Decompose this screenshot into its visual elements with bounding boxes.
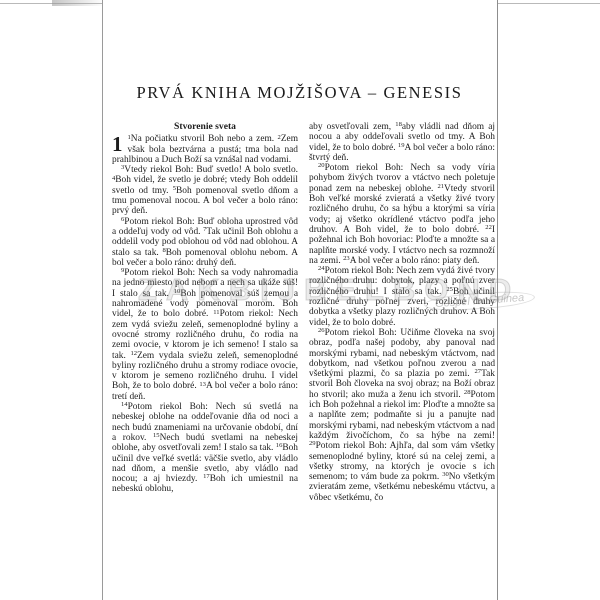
- verse-number: 30: [442, 471, 449, 478]
- chapter-number: 1: [112, 135, 123, 153]
- verse-paragraph: 24Potom riekol Boh: Nech zem vydá živé t…: [309, 266, 495, 328]
- verse-number: 13: [199, 381, 206, 388]
- verse-number: 14: [121, 401, 128, 408]
- verse-number: 8: [162, 247, 165, 254]
- verse-number: 20: [318, 162, 325, 169]
- verse-number: 1: [128, 134, 131, 141]
- text-column-left: Stvorenie sveta11Na počiatku stvoril Boh…: [112, 122, 298, 495]
- verse-number: 19: [398, 142, 405, 149]
- verse-number: 17: [203, 473, 210, 480]
- verse-number: 15: [153, 432, 160, 439]
- verse-number: 27: [474, 368, 481, 375]
- verse-paragraph: 9Potom riekol Boh: Nech sa vody nahromad…: [112, 268, 298, 402]
- verse-number: 7: [203, 226, 206, 233]
- verse-paragraph: 3Vtedy riekol Boh: Buď svetlo! A bolo sv…: [112, 165, 298, 216]
- verse-paragraph: 26Potom riekol Boh: Učiňme človeka na sv…: [309, 328, 495, 503]
- verse-number: 2: [278, 134, 281, 141]
- verse-number: 21: [437, 183, 444, 190]
- verse-number: 18: [395, 121, 402, 128]
- verse-number: 12: [130, 350, 137, 357]
- verse-number: 9: [121, 267, 124, 274]
- verse-number: 28: [464, 389, 471, 396]
- verse-number: 29: [309, 440, 316, 447]
- verse-number: 24: [318, 265, 325, 272]
- verse-number: 6: [121, 216, 124, 223]
- verse-paragraph: 11Na počiatku stvoril Boh nebo a zem. 2Z…: [112, 134, 298, 165]
- page-title: PRVÁ KNIHA MOJŽIŠOVA – GENESIS: [102, 83, 497, 103]
- verse-number: 4: [112, 175, 115, 182]
- verse-number: 11: [213, 309, 219, 316]
- verse-paragraph: 20Potom riekol Boh: Nech sa vody víria p…: [309, 163, 495, 266]
- verse-number: 26: [318, 327, 325, 334]
- verse-number: 22: [485, 224, 492, 231]
- verse-number: 5: [173, 185, 176, 192]
- text-column-right: aby osvetľovali zem, 18aby vládli nad dň…: [309, 122, 495, 503]
- verse-paragraph: aby osvetľovali zem, 18aby vládli nad dň…: [309, 122, 495, 163]
- verse-paragraph: 6Potom riekol Boh: Buď obloha uprostred …: [112, 217, 298, 268]
- verse-number: 25: [446, 286, 453, 293]
- verse-paragraph: 14Potom riekol Boh: Nech sú svetlá na ne…: [112, 402, 298, 495]
- verse-number: 16: [276, 442, 283, 449]
- verse-number: 10: [174, 288, 181, 295]
- verse-number: 23: [343, 255, 350, 262]
- verse-number: 3: [121, 164, 124, 171]
- scan-smudge: [52, 0, 104, 6]
- section-heading: Stvorenie sveta: [112, 122, 298, 132]
